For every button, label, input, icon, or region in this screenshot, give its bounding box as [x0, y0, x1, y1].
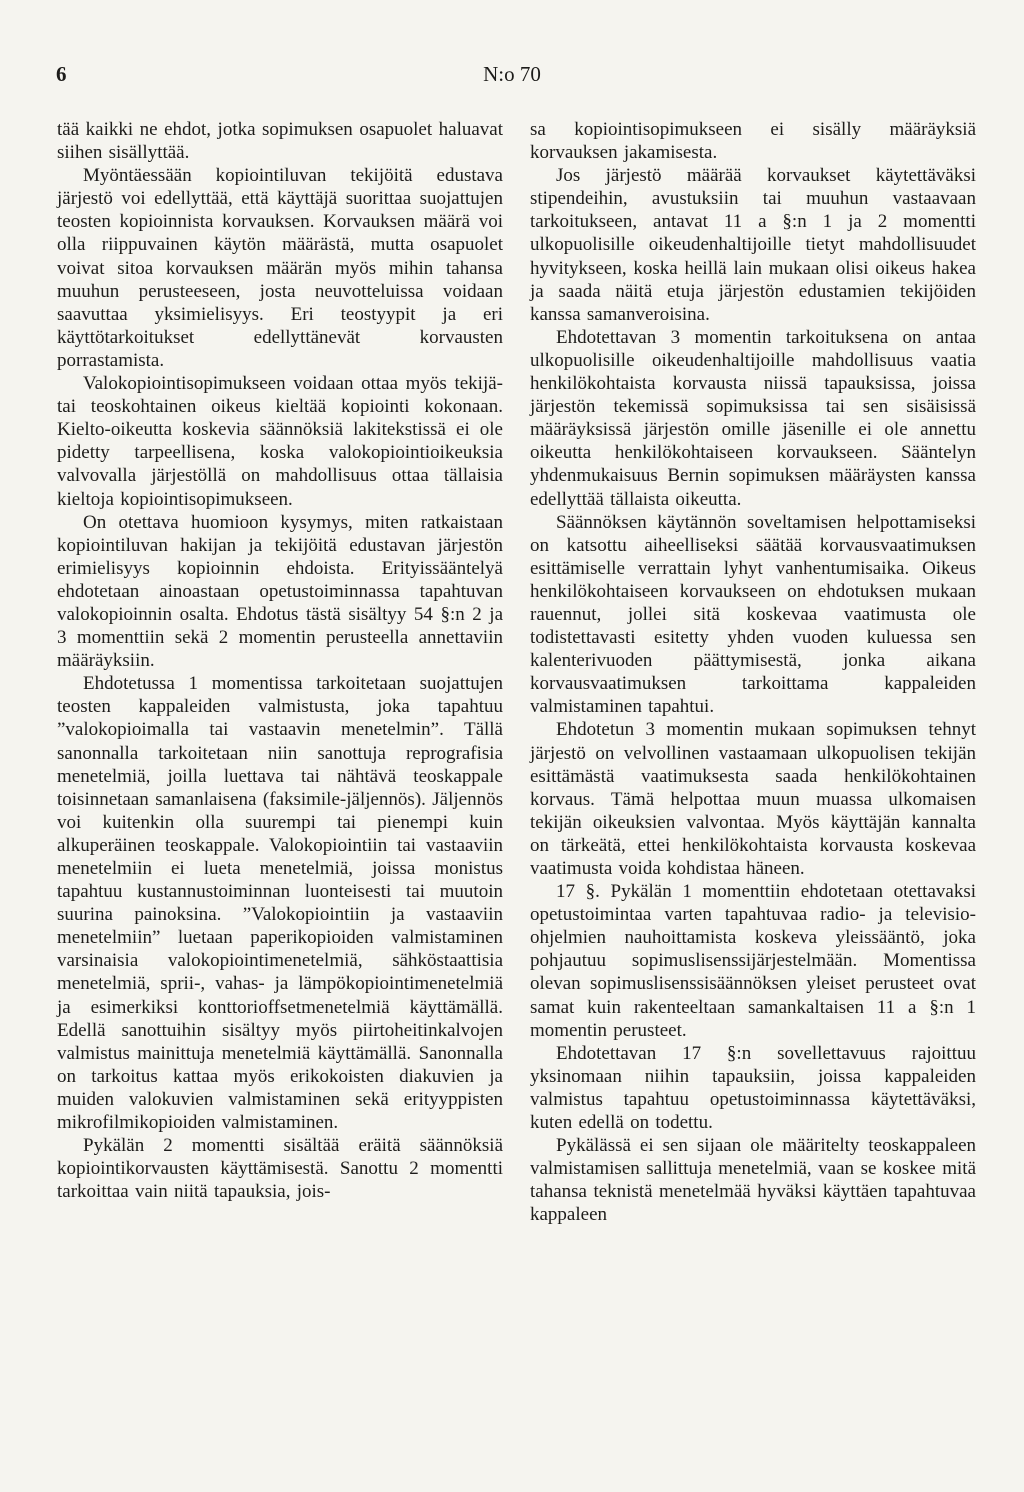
- text-columns: tää kaikki ne ehdot, jotka sopimuksen os…: [57, 118, 977, 1227]
- right-column: sa kopiointisopimukseen ei sisälly määrä…: [530, 118, 976, 1227]
- left-column: tää kaikki ne ehdot, jotka sopimuksen os…: [57, 118, 503, 1227]
- paragraph: Pykälässä ei sen sijaan ole määritelty t…: [530, 1134, 976, 1226]
- document-number: N:o 70: [0, 62, 1024, 87]
- scanned-document-page: 6 N:o 70 tää kaikki ne ehdot, jotka sopi…: [0, 0, 1024, 1492]
- paragraph: 17 §. Pykälän 1 momenttiin ehdotetaan ot…: [530, 880, 976, 1042]
- running-header: 6 N:o 70: [0, 62, 1024, 90]
- paragraph: Ehdotetussa 1 momentissa tarkoitetaan su…: [57, 672, 503, 1134]
- paragraph: sa kopiointisopimukseen ei sisälly määrä…: [530, 118, 976, 164]
- paragraph: Pykälän 2 momentti sisältää eräitä säänn…: [57, 1134, 503, 1203]
- paragraph: Ehdotettavan 3 momentin tarkoituksena on…: [530, 326, 976, 511]
- paragraph: On otettava huomioon kysymys, miten ratk…: [57, 511, 503, 673]
- paragraph: Valokopiointisopimukseen voidaan ottaa m…: [57, 372, 503, 511]
- paragraph: Ehdotetun 3 momentin mukaan sopimuksen t…: [530, 718, 976, 880]
- paragraph: tää kaikki ne ehdot, jotka sopimuksen os…: [57, 118, 503, 164]
- paragraph: Myöntäessään kopiointiluvan tekijöitä ed…: [57, 164, 503, 372]
- paragraph: Säännöksen käytännön soveltamisen helpot…: [530, 511, 976, 719]
- paragraph: Ehdotettavan 17 §:n sovellettavuus rajoi…: [530, 1042, 976, 1134]
- paragraph: Jos järjestö määrää korvaukset käytettäv…: [530, 164, 976, 326]
